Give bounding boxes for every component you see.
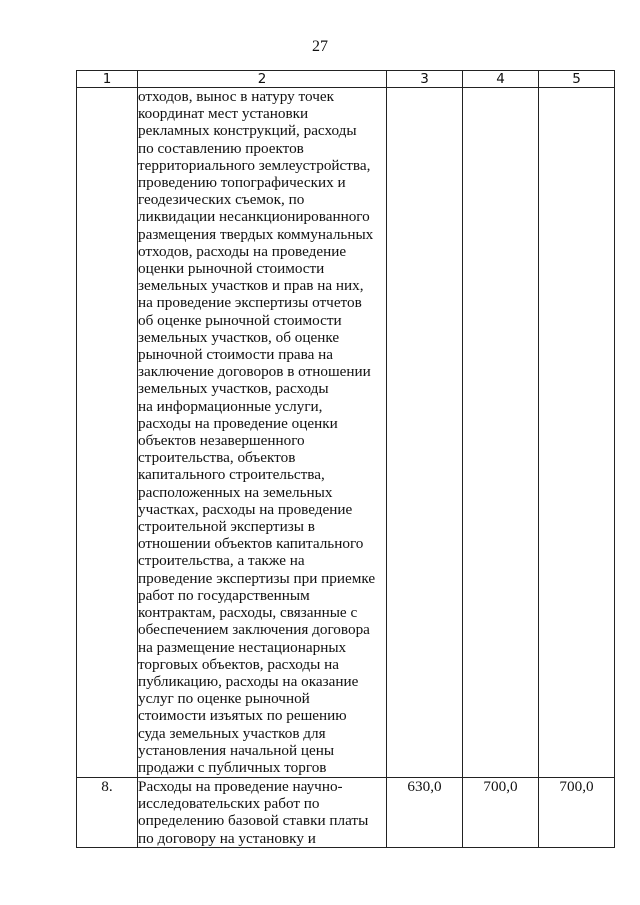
description-line: установления начальной цены xyxy=(138,742,386,759)
description-line: работ по государственным xyxy=(138,587,386,604)
description-line: оценки рыночной стоимости xyxy=(138,260,386,277)
row-value-col5 xyxy=(539,88,615,778)
description-line: Расходы на проведение научно- xyxy=(138,778,386,795)
description-line: капитального строительства, xyxy=(138,466,386,483)
row-description: Расходы на проведение научно-исследовате… xyxy=(138,778,387,848)
description-line: суда земельных участков для xyxy=(138,725,386,742)
row-description: отходов, вынос в натуру точеккоординат м… xyxy=(138,88,387,778)
description-line: проведению топографических и xyxy=(138,174,386,191)
description-line: на проведение экспертизы отчетов xyxy=(138,294,386,311)
description-line: публикацию, расходы на оказание xyxy=(138,673,386,690)
description-line: рекламных конструкций, расходы xyxy=(138,122,386,139)
header-col-5: 5 xyxy=(539,71,615,88)
row-number xyxy=(77,88,138,778)
header-col-4: 4 xyxy=(463,71,539,88)
description-line: контрактам, расходы, связанные с xyxy=(138,604,386,621)
header-col-1: 1 xyxy=(77,71,138,88)
description-line: по составлению проектов xyxy=(138,140,386,157)
row-value-col4: 700,0 xyxy=(463,778,539,848)
description-line: торговых объектов, расходы на xyxy=(138,656,386,673)
description-line: земельных участков и прав на них, xyxy=(138,277,386,294)
description-line: исследовательских работ по xyxy=(138,795,386,812)
row-value-col3: 630,0 xyxy=(387,778,463,848)
header-col-3: 3 xyxy=(387,71,463,88)
table-row: 8. Расходы на проведение научно-исследов… xyxy=(77,778,615,848)
description-line: услуг по оценке рыночной xyxy=(138,690,386,707)
description-line: рыночной стоимости права на xyxy=(138,346,386,363)
description-line: заключение договоров в отношении xyxy=(138,363,386,380)
description-line: определению базовой ставки платы xyxy=(138,812,386,829)
row-value-col3 xyxy=(387,88,463,778)
description-line: на размещение нестационарных xyxy=(138,639,386,656)
description-line: по договору на установку и xyxy=(138,830,386,847)
description-line: отношении объектов капитального xyxy=(138,535,386,552)
description-line: стоимости изъятых по решению xyxy=(138,707,386,724)
row-number: 8. xyxy=(77,778,138,848)
description-line: координат мест установки xyxy=(138,105,386,122)
budget-table: 1 2 3 4 5 отходов, вынос в натуру точекк… xyxy=(76,70,615,848)
description-line: участках, расходы на проведение xyxy=(138,501,386,518)
description-line: расходы на проведение оценки xyxy=(138,415,386,432)
description-line: строительной экспертизы в xyxy=(138,518,386,535)
table-row: отходов, вынос в натуру точеккоординат м… xyxy=(77,88,615,778)
description-line: ликвидации несанкционированного xyxy=(138,208,386,225)
description-line: строительства, а также на xyxy=(138,552,386,569)
description-line: территориального землеустройства, xyxy=(138,157,386,174)
description-line: об оценке рыночной стоимости xyxy=(138,312,386,329)
header-col-2: 2 xyxy=(138,71,387,88)
description-line: геодезических съемок, по xyxy=(138,191,386,208)
description-line: обеспечением заключения договора xyxy=(138,621,386,638)
description-line: расположенных на земельных xyxy=(138,484,386,501)
description-line: размещения твердых коммунальных xyxy=(138,226,386,243)
description-line: отходов, вынос в натуру точек xyxy=(138,88,386,105)
description-line: продажи с публичных торгов xyxy=(138,759,386,776)
page-number: 27 xyxy=(0,38,640,56)
description-line: строительства, объектов xyxy=(138,449,386,466)
table-header-row: 1 2 3 4 5 xyxy=(77,71,615,88)
description-line: отходов, расходы на проведение xyxy=(138,243,386,260)
description-line: на информационные услуги, xyxy=(138,398,386,415)
row-value-col4 xyxy=(463,88,539,778)
row-value-col5: 700,0 xyxy=(539,778,615,848)
description-line: объектов незавершенного xyxy=(138,432,386,449)
description-line: проведение экспертизы при приемке xyxy=(138,570,386,587)
description-line: земельных участков, расходы xyxy=(138,380,386,397)
description-line: земельных участков, об оценке xyxy=(138,329,386,346)
